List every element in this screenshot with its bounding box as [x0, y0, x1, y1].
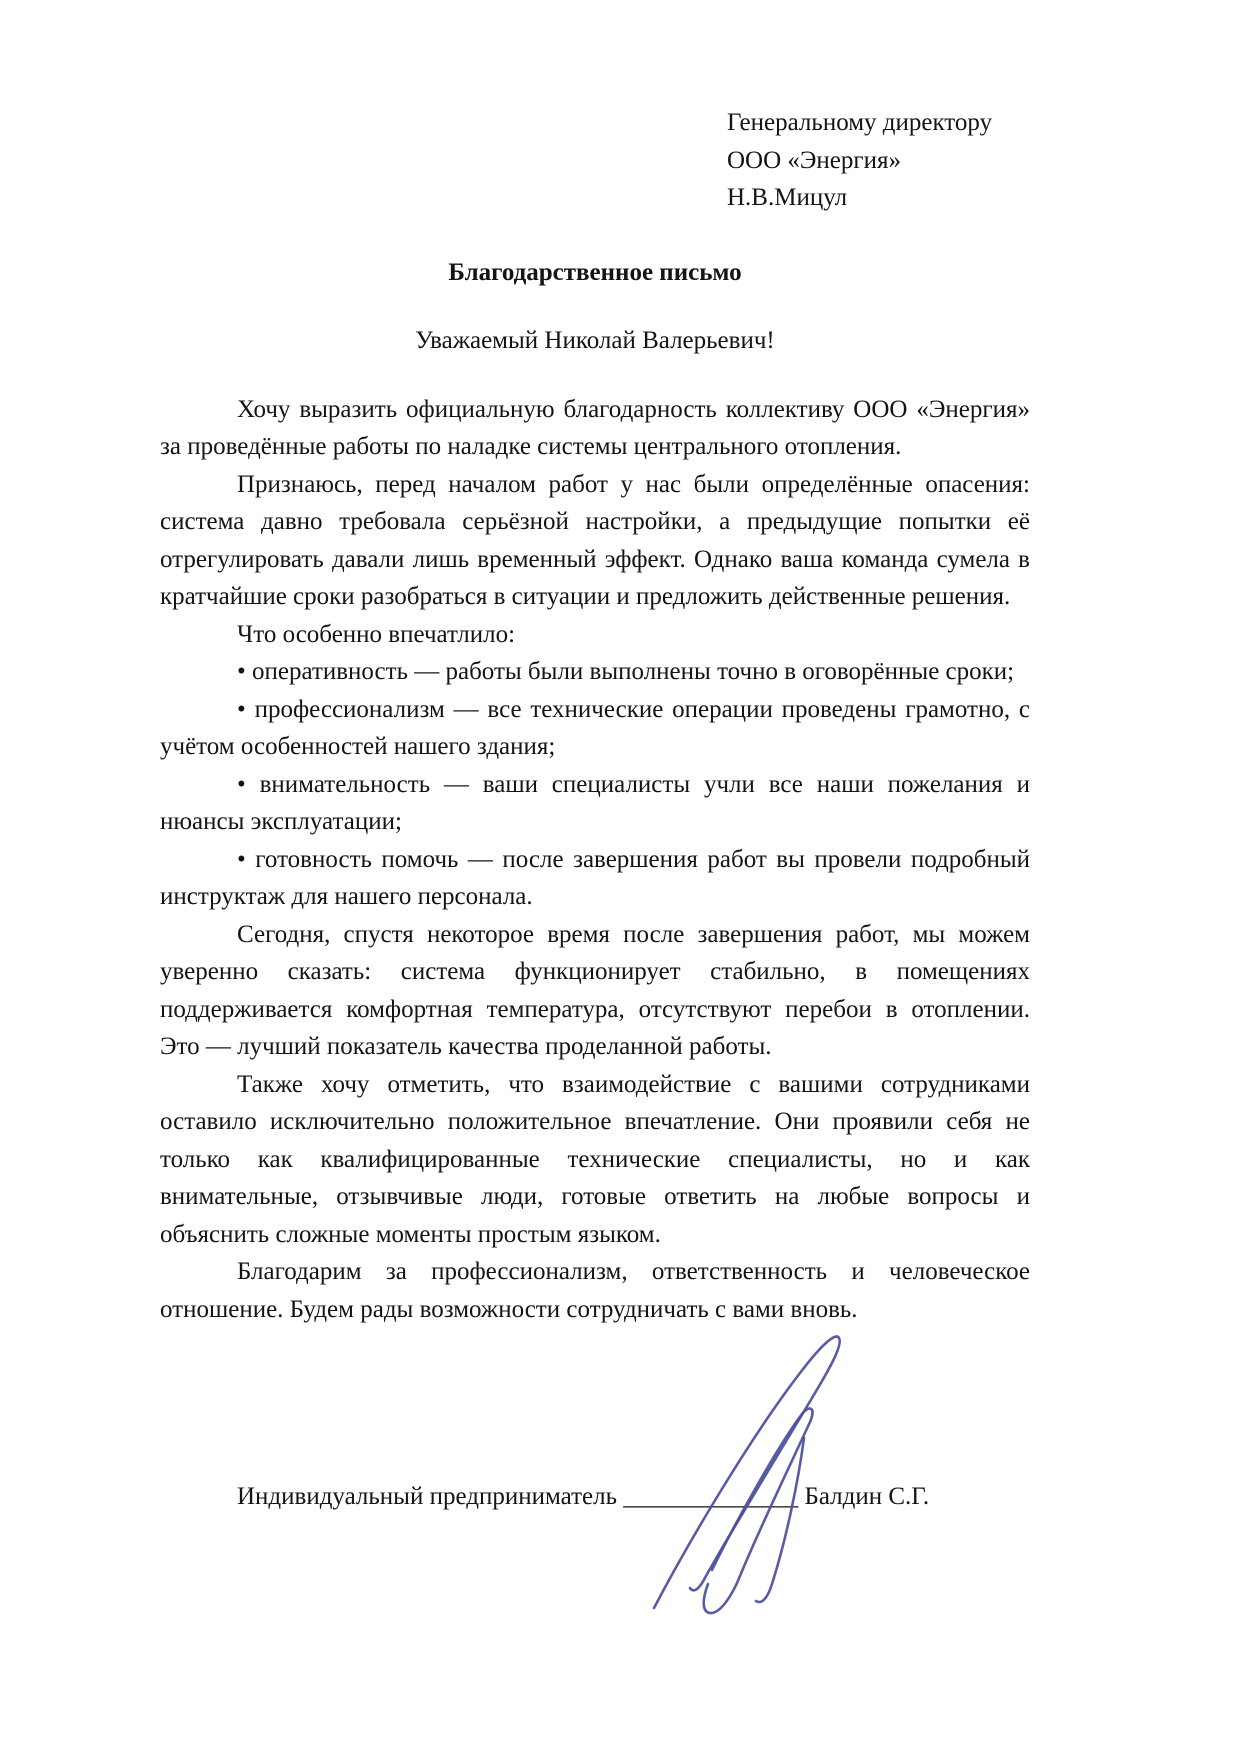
signature-ink: [590, 1318, 860, 1623]
bullet-text: оперативность — работы были выполнены то…: [252, 658, 1014, 685]
paragraph: Также хочу отметить, что взаимодействие …: [160, 1066, 1030, 1254]
signature-row: Индивидуальный предприниматель _________…: [160, 1478, 1030, 1516]
bullet-item: • оперативность — работы были выполнены …: [160, 653, 1030, 691]
recipient-line: ООО «Энергия»: [727, 142, 1030, 180]
bullet-text: внимательность — ваши специалисты учли в…: [160, 771, 1030, 836]
signatory-role: Индивидуальный предприниматель: [237, 1483, 617, 1510]
bullet-item: • готовность помочь — после завершения р…: [160, 841, 1030, 916]
bullet-marker: •: [237, 658, 246, 685]
paragraph-lead-in: Что особенно впечатлило:: [160, 616, 1030, 654]
salutation: Уважаемый Николай Валерьевич!: [160, 322, 1030, 360]
signatory-name: Балдин С.Г.: [804, 1483, 929, 1510]
signature-line: ______________: [623, 1483, 798, 1510]
bullet-marker: •: [237, 846, 246, 873]
recipient-block: Генеральному директору ООО «Энергия» Н.В…: [727, 104, 1030, 217]
bullet-item: • внимательность — ваши специалисты учли…: [160, 766, 1030, 841]
paragraph: Признаюсь, перед началом работ у нас был…: [160, 466, 1030, 616]
paragraph: Сегодня, спустя некоторое время после за…: [160, 916, 1030, 1066]
bullet-item: • профессионализм — все технические опер…: [160, 691, 1030, 766]
recipient-line: Н.В.Мицул: [727, 179, 1030, 217]
bullet-marker: •: [237, 696, 246, 723]
paragraph: Благодарим за профессионализм, ответстве…: [160, 1253, 1030, 1328]
bullet-marker: •: [237, 771, 246, 798]
letter-title: Благодарственное письмо: [160, 254, 1030, 292]
paragraph: Хочу выразить официальную благодарность …: [160, 391, 1030, 466]
bullet-text: готовность помочь — после завершения раб…: [160, 846, 1030, 911]
letter-page: Генеральному директору ООО «Энергия» Н.В…: [0, 0, 1240, 1755]
recipient-line: Генеральному директору: [727, 104, 1030, 142]
bullet-text: профессионализм — все технические операц…: [160, 696, 1030, 761]
